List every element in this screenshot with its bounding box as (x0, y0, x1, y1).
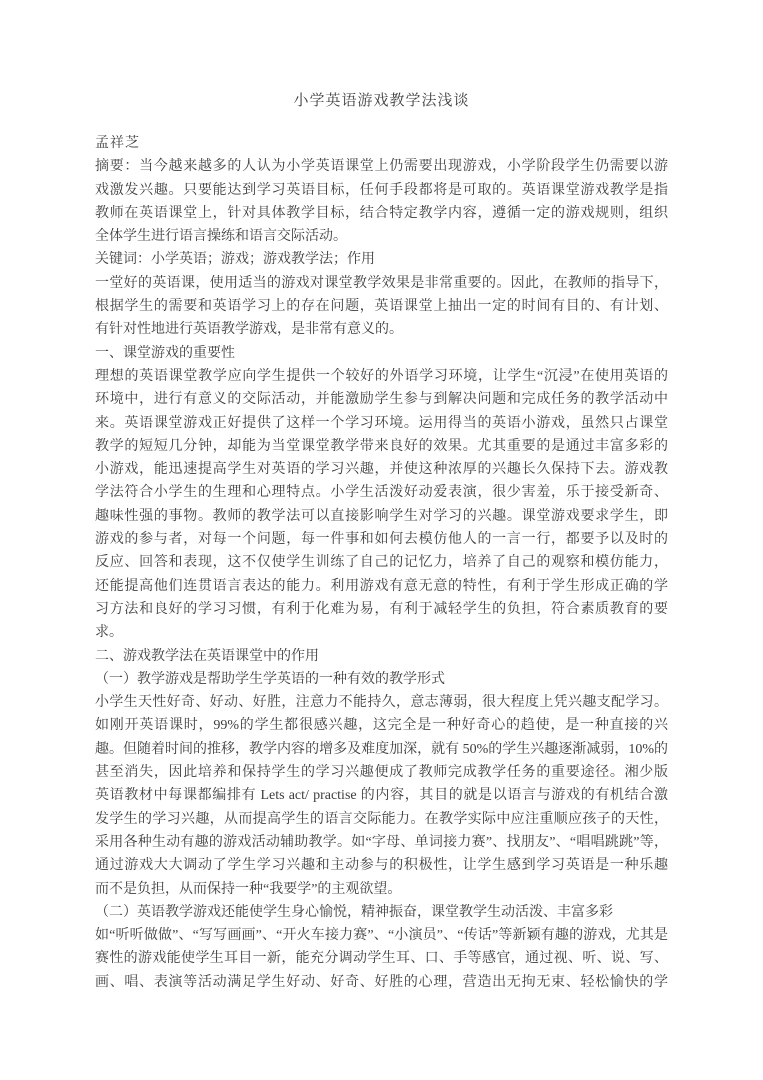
text-line: 还能提高他们连贯语言表达的能力。利用游戏有意无意的特性，有利于学生形成正确的学 (95, 575, 668, 598)
text-line: 一、课堂游戏的重要性 (95, 342, 668, 365)
text-line: 教学的短短几分钟，却能为当堂课堂教学带来良好的效果。尤其重要的是通过丰富多彩的 (95, 435, 668, 458)
text-line: 有针对性地进行英语教学游戏，是非常有意义的。 (95, 318, 668, 341)
text-line: 根据学生的需要和英语学习上的存在问题，英语课堂上抽出一定的时间有目的、有计划、 (95, 295, 668, 318)
text-line: 求。 (95, 621, 668, 644)
text-line: 教师在英语课堂上，针对具体教学目标，结合特定教学内容，遵循一定的游戏规则，组织 (95, 202, 668, 225)
text-line: 关键词：小学英语；游戏；游戏教学法；作用 (95, 248, 668, 271)
text-line: 发学生的学习兴趣，从而提高学生的语言交际能力。在教学实际中应注重顺应孩子的天性， (95, 808, 668, 831)
text-line: 二、游戏教学法在英语课堂中的作用 (95, 645, 668, 668)
text-line: 戏激发兴趣。只要能达到学习英语目标，任何手段都将是可取的。英语课堂游戏教学是指 (95, 179, 668, 202)
text-line: 小学生天性好奇、好动、好胜，注意力不能持久，意志薄弱，很大程度上凭兴趣支配学习。 (95, 691, 668, 714)
document-title: 小学英语游戏教学法浅谈 (95, 90, 668, 113)
text-line: 英语教材中每课都编排有 Lets act/ practise 的内容，其目的就是… (95, 784, 668, 807)
text-line: 来。英语课堂游戏正好提供了这样一个学习环境。运用得当的英语小游戏，虽然只占课堂 (95, 412, 668, 435)
document-body: 摘要：当今越来越多的人认为小学英语课堂上仍需要出现游戏，小学阶段学生仍需要以游戏… (95, 155, 668, 994)
text-line: （二）英语教学游戏还能使学生身心愉悦，精神振奋，课堂教学生动活泼、丰富多彩 (95, 901, 668, 924)
author-name: 孟祥芝 (95, 132, 668, 155)
text-line: 如“听听做做”、“写写画画”、“开火车接力赛”、“小演员”、“传话”等新颖有趣的… (95, 924, 668, 947)
text-line: 赛性的游戏能使学生耳目一新，能充分调动学生耳、口、手等感官，通过视、听、说、写、 (95, 947, 668, 970)
text-line: 全体学生进行语言操练和语言交际活动。 (95, 225, 668, 248)
text-line: 小游戏，能迅速提高学生对英语的学习兴趣，并使这种浓厚的兴趣长久保持下去。游戏教 (95, 458, 668, 481)
text-line: 通过游戏大大调动了学生学习兴趣和主动参与的积极性，让学生感到学习英语是一种乐趣 (95, 854, 668, 877)
text-line: 趣味性强的事物。教师的教学法可以直接影响学生对学习的兴趣。课堂游戏要求学生，即 (95, 505, 668, 528)
document-page: 小学英语游戏教学法浅谈 孟祥芝 摘要：当今越来越多的人认为小学英语课堂上仍需要出… (0, 0, 763, 1080)
text-line: 习方法和良好的学习习惯，有利于化难为易，有利于减轻学生的负担，符合素质教育的要 (95, 598, 668, 621)
text-line: 甚至消失，因此培养和保持学生的学习兴趣便成了教师完成教学任务的重要途径。湘少版 (95, 761, 668, 784)
text-line: 摘要：当今越来越多的人认为小学英语课堂上仍需要出现游戏，小学阶段学生仍需要以游 (95, 155, 668, 178)
text-line: 一堂好的英语课，使用适当的游戏对课堂教学效果是非常重要的。因此，在教师的指导下， (95, 272, 668, 295)
document-content: 小学英语游戏教学法浅谈 孟祥芝 摘要：当今越来越多的人认为小学英语课堂上仍需要出… (95, 90, 668, 994)
text-line: 游戏的参与者，对每一个问题，每一件事和如何去模仿他人的一言一行，都要予以及时的 (95, 528, 668, 551)
text-line: 画、唱、表演等活动满足学生好动、好奇、好胜的心理，营造出无拘无束、轻松愉快的学 (95, 971, 668, 994)
text-line: 采用各种生动有趣的游戏活动辅助教学。如“字母、单词接力赛”、找朋友”、“唱唱跳跳… (95, 831, 668, 854)
text-line: 趣。但随着时间的推移，教学内容的增多及难度加深，就有 50%的学生兴趣逐渐减弱，… (95, 738, 668, 761)
text-line: 理想的英语课堂教学应向学生提供一个较好的外语学习环境，让学生“沉浸”在使用英语的 (95, 365, 668, 388)
text-line: （一）教学游戏是帮助学生学英语的一种有效的教学形式 (95, 668, 668, 691)
text-line: 而不是负担，从而保持一种“我要学”的主观欲望。 (95, 878, 668, 901)
text-line: 环境中，进行有意义的交际活动，并能激励学生参与到解决问题和完成任务的教学活动中 (95, 388, 668, 411)
text-line: 学法符合小学生的生理和心理特点。小学生活泼好动爱表演，很少害羞，乐于接受新奇、 (95, 481, 668, 504)
text-line: 反应、回答和表现，这不仅使学生训练了自己的记忆力，培养了自己的观察和模仿能力， (95, 551, 668, 574)
text-line: 如刚开英语课时，99%的学生都很感兴趣，这完全是一种好奇心的趋使，是一种直接的兴 (95, 714, 668, 737)
